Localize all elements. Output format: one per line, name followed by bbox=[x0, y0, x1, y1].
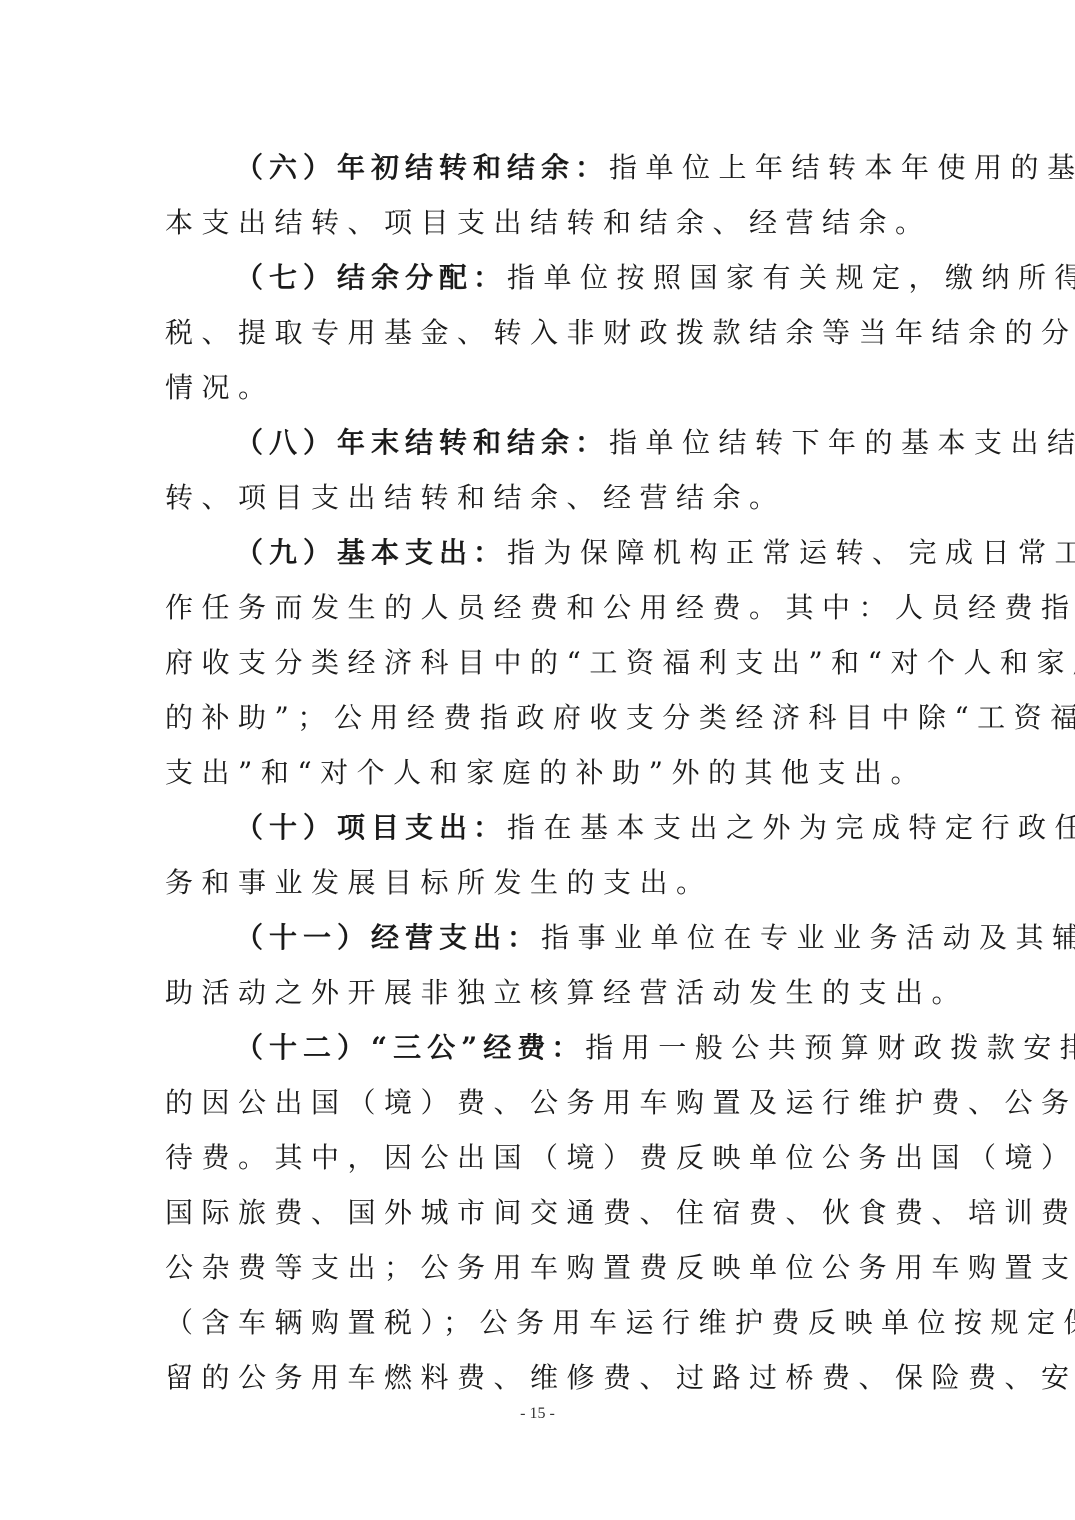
document-body: （六）年初结转和结余：指单位上年结转本年使用的基 本支出结转、项目支出结转和结余… bbox=[165, 140, 915, 1405]
paragraph-line: 助活动之外开展非独立核算经营活动发生的支出。 bbox=[165, 965, 915, 1020]
paragraph-line: （十一）经营支出：指事业单位在专业业务活动及其辅 bbox=[165, 910, 915, 965]
paragraph-line: （九）基本支出：指为保障机构正常运转、完成日常工 bbox=[165, 525, 915, 580]
paragraph-line: 本支出结转、项目支出结转和结余、经营结余。 bbox=[165, 195, 915, 250]
paragraph-line: （十二）“三公”经费：指用一般公共预算财政拨款安排 bbox=[165, 1020, 915, 1075]
paragraph-line: 的因公出国（境）费、公务用车购置及运行维护费、公务接 bbox=[165, 1075, 915, 1130]
paragraph-line: 国际旅费、国外城市间交通费、住宿费、伙食费、培训费、 bbox=[165, 1185, 915, 1240]
paragraph-line: （含车辆购置税）；公务用车运行维护费反映单位按规定保 bbox=[165, 1295, 915, 1350]
term-heading: （八）年末结转和结余： bbox=[235, 426, 609, 459]
paragraph-line: （八）年末结转和结余：指单位结转下年的基本支出结 bbox=[165, 415, 915, 470]
paragraph-line: 转、项目支出结转和结余、经营结余。 bbox=[165, 470, 915, 525]
paragraph-line: 税、提取专用基金、转入非财政拨款结余等当年结余的分配 bbox=[165, 305, 915, 360]
paragraph-line: 府收支分类经济科目中的“工资福利支出”和“对个人和家庭 bbox=[165, 635, 915, 690]
paragraph-line: 待费。其中，因公出国（境）费反映单位公务出国（境）的 bbox=[165, 1130, 915, 1185]
paragraph-line: 支出”和“对个人和家庭的补助”外的其他支出。 bbox=[165, 745, 915, 800]
term-heading: （十二）“三公”经费： bbox=[235, 1031, 585, 1064]
paragraph-line: （六）年初结转和结余：指单位上年结转本年使用的基 bbox=[165, 140, 915, 195]
term-heading: （七）结余分配： bbox=[235, 261, 507, 294]
paragraph-line: 公杂费等支出；公务用车购置费反映单位公务用车购置支出 bbox=[165, 1240, 915, 1295]
term-heading: （十一）经营支出： bbox=[235, 921, 541, 954]
paragraph-line: 作任务而发生的人员经费和公用经费。其中：人员经费指政 bbox=[165, 580, 915, 635]
page-number: - 15 - bbox=[0, 1405, 1075, 1423]
paragraph-line: （十）项目支出：指在基本支出之外为完成特定行政任 bbox=[165, 800, 915, 855]
paragraph-line: 务和事业发展目标所发生的支出。 bbox=[165, 855, 915, 910]
term-heading: （十）项目支出： bbox=[235, 811, 507, 844]
term-heading: （六）年初结转和结余： bbox=[235, 151, 609, 184]
paragraph-line: 情况。 bbox=[165, 360, 915, 415]
term-heading: （九）基本支出： bbox=[235, 536, 507, 569]
paragraph-line: （七）结余分配：指单位按照国家有关规定，缴纳所得 bbox=[165, 250, 915, 305]
paragraph-line: 留的公务用车燃料费、维修费、过路过桥费、保险费、安全 bbox=[165, 1350, 915, 1405]
paragraph-line: 的补助”；公用经费指政府收支分类经济科目中除“工资福利 bbox=[165, 690, 915, 745]
